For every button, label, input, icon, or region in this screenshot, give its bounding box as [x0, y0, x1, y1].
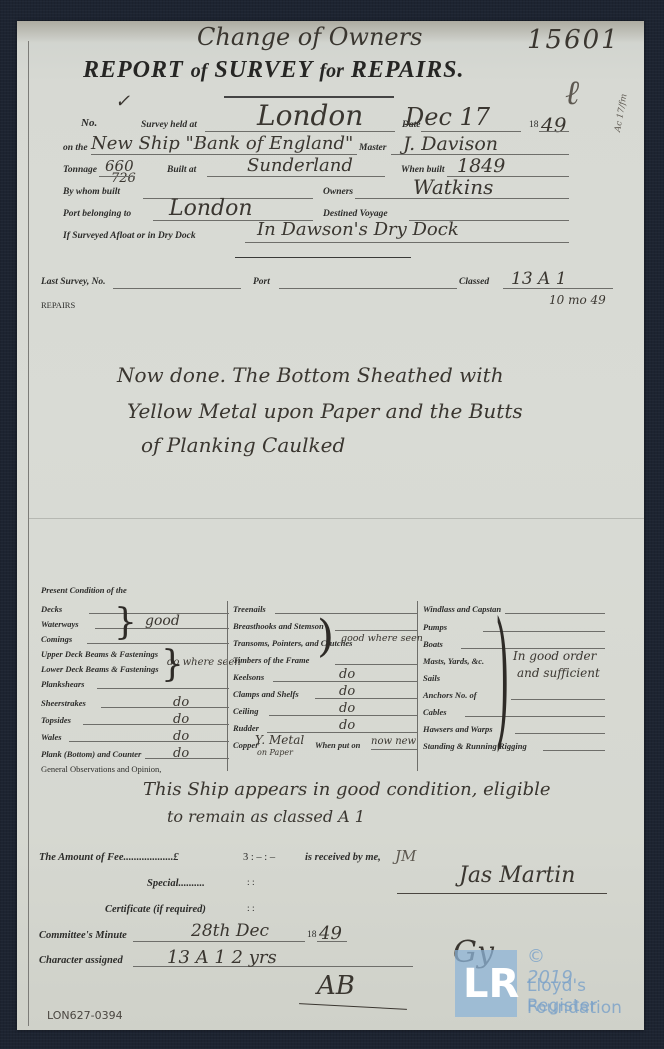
condition-value: good where seen — [341, 633, 423, 644]
title-repairs: REPAIRS. — [351, 57, 465, 83]
fee-received-initials: JM — [395, 847, 416, 865]
initials-underline — [299, 1003, 407, 1010]
condition-label: Decks — [41, 604, 62, 614]
condition-label: Keelsons — [233, 672, 264, 682]
minute-year-prefix: 18 — [307, 930, 317, 940]
port-belonging-label: Port belonging to — [63, 209, 131, 219]
survey-held-label: Survey held at — [141, 120, 197, 130]
special-value: : : — [247, 878, 255, 888]
committee-minute-value: 28th Dec — [191, 921, 269, 941]
destined-voyage-label: Destined Voyage — [323, 209, 388, 219]
when-put-on-value: now new — [371, 736, 416, 747]
committee-minute-label: Committee's Minute — [39, 930, 127, 941]
year-value: 49 — [541, 113, 566, 137]
lr-logo-text: LR — [463, 964, 519, 1004]
condition-value: do — [339, 684, 355, 699]
condition-heading: Present Condition of the — [41, 585, 127, 595]
condition-label: Lower Deck Beams & Fastenings — [41, 664, 159, 674]
classed-value: 13 A 1 — [511, 269, 567, 289]
condition-label: Standing & Running Rigging — [423, 741, 527, 751]
special-label: Special.......... — [147, 878, 205, 889]
condition-label: Timbers of the Frame — [233, 655, 309, 665]
condition-label: Sails — [423, 673, 440, 683]
title-rule — [224, 96, 394, 98]
surveyor-signature: Jas Martin — [459, 863, 575, 888]
copper-value: Y. Metal — [255, 733, 304, 747]
year-prefix: 18 — [529, 120, 539, 130]
condition-label: Cables — [423, 707, 447, 717]
condition-label: Anchors No. of — [423, 690, 477, 700]
observations-line-2: to remain as classed A 1 — [167, 807, 365, 826]
copper-value-2: on Paper — [257, 748, 293, 757]
condition-value: do — [173, 712, 189, 727]
no-value: ✓ — [115, 91, 130, 112]
margin-annotation: Ac 17/fm — [613, 93, 630, 133]
classed-label: Classed — [459, 277, 489, 287]
certificate-value: : : — [247, 904, 255, 914]
condition-label: Plank (Bottom) and Counter — [41, 749, 141, 759]
page-title: REPORT of SURVEY for REPAIRS. — [83, 57, 464, 84]
condition-value: do — [173, 729, 189, 744]
title-report: REPORT — [83, 57, 184, 83]
classed-note: 10 mo 49 — [549, 293, 606, 307]
condition-label: Upper Deck Beams & Fastenings — [41, 649, 158, 659]
master-label: Master — [359, 143, 386, 153]
certificate-label: Certificate (if required) — [105, 904, 206, 915]
paper-fold — [29, 518, 644, 519]
survey-held-value: London — [257, 99, 363, 132]
fee-amount-value: 3 : – : – — [243, 852, 275, 863]
condition-label: Pumps — [423, 622, 447, 632]
condition-value: do — [339, 701, 355, 716]
fee-amount-label: The Amount of Fee...................£ — [39, 852, 179, 863]
survey-report-page: Change of Owners 15601 REPORT of SURVEY … — [17, 21, 644, 1030]
condition-label: Clamps and Shelfs — [233, 689, 299, 699]
observations-label: General Observations and Opinion, — [41, 764, 161, 774]
brace-icon: } — [161, 647, 184, 683]
by-whom-built-label: By whom built — [63, 187, 120, 197]
tonnage-label: Tonnage — [63, 165, 97, 175]
condition-label: Plankshears — [41, 679, 84, 689]
condition-label: Windlass and Capstan — [423, 604, 501, 614]
column-divider — [227, 601, 228, 771]
flourish-mark: ℓ — [565, 73, 579, 113]
condition-value: do — [173, 746, 189, 761]
reference-number: 15601 — [527, 25, 620, 55]
fee-received-label: is received by me, — [305, 852, 381, 863]
when-built-value: 1849 — [457, 155, 505, 177]
title-survey: SURVEY — [214, 57, 312, 83]
archive-reference: LON627-0394 — [47, 1009, 123, 1022]
section-rule — [235, 257, 411, 258]
built-at-value: Sunderland — [247, 155, 353, 176]
committee-initials: AB — [317, 971, 355, 1001]
condition-label: Boats — [423, 639, 443, 649]
tonnage-value-alt: 726 — [111, 171, 136, 186]
character-assigned-label: Character assigned — [39, 955, 123, 966]
condition-value: In good order — [513, 649, 596, 663]
condition-value: and sufficient — [517, 666, 600, 680]
margin-rule — [28, 41, 29, 1026]
character-assigned-value: 13 A 1 2 yrs — [167, 947, 277, 968]
built-at-label: Built at — [167, 165, 196, 175]
condition-label: Ceiling — [233, 706, 259, 716]
observations-line-1: This Ship appears in good condition, eli… — [143, 779, 551, 800]
brace-icon: ) — [317, 615, 334, 659]
brace-icon: } — [114, 605, 137, 641]
port-belonging-value: London — [169, 196, 253, 221]
condition-label: Breasthooks and Stemson — [233, 621, 324, 631]
condition-label: Hawsers and Warps — [423, 724, 493, 734]
brace-icon: ) — [495, 603, 510, 753]
surveyed-value: In Dawson's Dry Dock — [257, 219, 459, 240]
condition-value: do — [339, 667, 355, 682]
watermark-org-line-2: Foundation — [527, 998, 622, 1018]
condition-label: Waterways — [41, 619, 79, 629]
condition-value: do — [339, 718, 355, 733]
condition-label: Transoms, Pointers, and Crutches — [233, 638, 352, 648]
when-put-on-label: When put on — [315, 740, 360, 750]
owners-label: Owners — [323, 187, 353, 197]
title-of: of — [191, 60, 208, 82]
ship-name-value: New Ship "Bank of England" — [91, 133, 353, 154]
condition-label: Treenails — [233, 604, 266, 614]
condition-label: Wales — [41, 732, 62, 742]
header-note: Change of Owners — [197, 23, 422, 51]
repairs-label: REPAIRS — [41, 300, 75, 310]
no-label: No. — [81, 117, 97, 129]
port-label: Port — [253, 277, 270, 287]
condition-value: do — [173, 695, 189, 710]
owners-value: Watkins — [413, 175, 493, 199]
master-value: J. Davison — [403, 133, 498, 155]
title-for: for — [319, 60, 343, 82]
date-value: Dec 17 — [405, 103, 490, 131]
on-the-label: on the — [63, 143, 88, 153]
condition-label: Rudder — [233, 723, 259, 733]
condition-label: Topsides — [41, 715, 71, 725]
column-divider — [417, 601, 418, 771]
condition-label: Masts, Yards, &c. — [423, 656, 484, 666]
condition-label: Sheerstrakes — [41, 698, 86, 708]
signature-flourish — [397, 893, 607, 894]
when-built-label: When built — [401, 165, 445, 175]
repairs-line-3: of Planking Caulked — [141, 433, 345, 457]
condition-value: good — [145, 613, 180, 629]
last-survey-label: Last Survey, No. — [41, 277, 106, 287]
condition-label: Comings — [41, 634, 72, 644]
repairs-line-1: Now done. The Bottom Sheathed with — [117, 363, 504, 387]
lr-logo-icon: LR — [455, 950, 517, 1017]
repairs-line-2: Yellow Metal upon Paper and the Butts — [127, 399, 523, 423]
surveyed-label: If Surveyed Afloat or in Dry Dock — [63, 231, 196, 241]
